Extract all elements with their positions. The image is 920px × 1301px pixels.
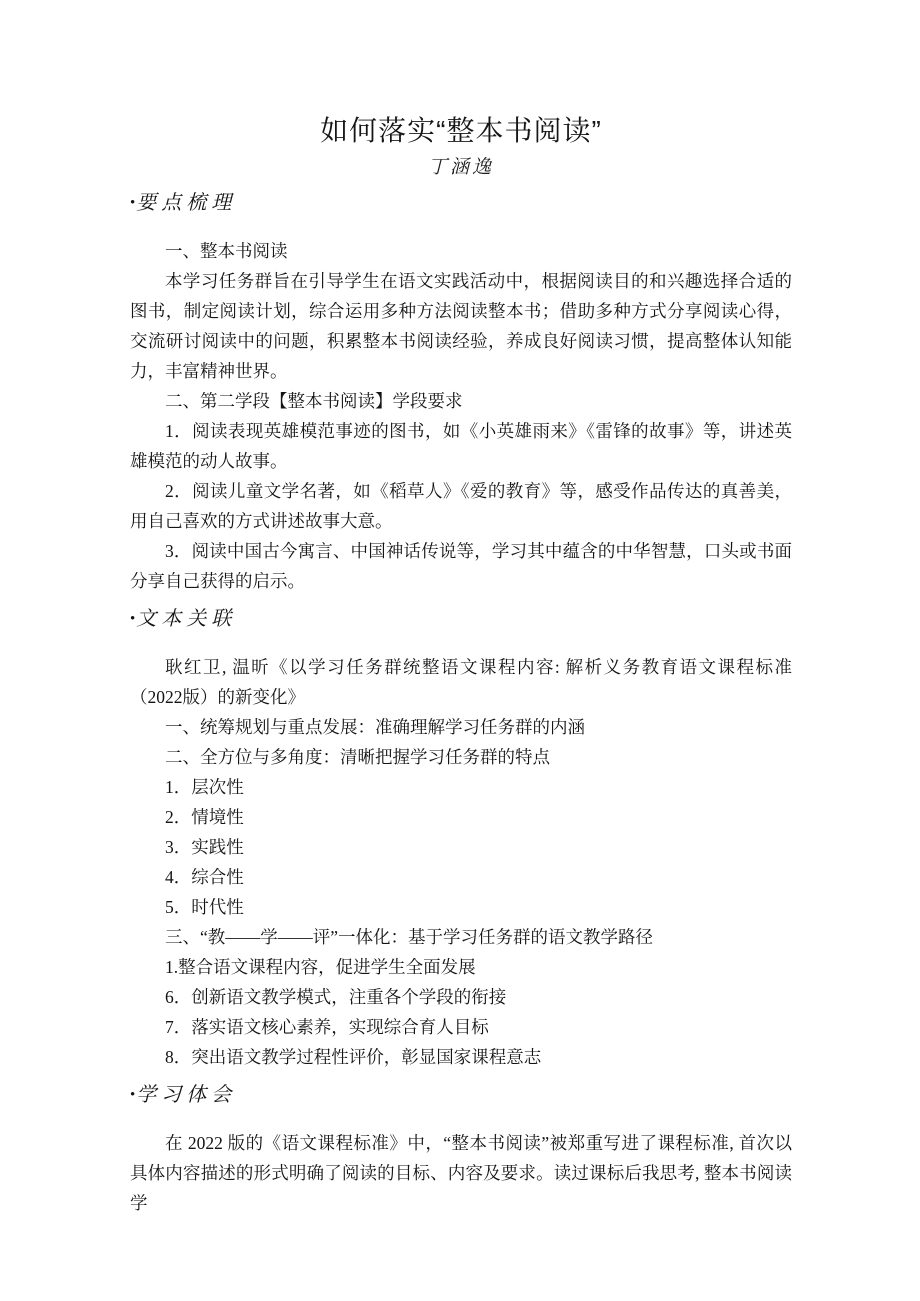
paragraph: 1.整合语文课程内容，促进学生全面发展 (130, 952, 792, 982)
paragraph: 3．实践性 (130, 832, 792, 862)
paragraph: 3．阅读中国古今寓言、中国神话传说等，学习其中蕴含的中华智慧，口头或书面分享自己… (130, 536, 792, 596)
bullet-icon: • (130, 604, 135, 634)
paragraph: 2．阅读儿童文学名著，如《稻草人》《爱的教育》等，感受作品传达的真善美，用自己喜… (130, 476, 792, 536)
section-heading-label: 要点梳理 (136, 188, 236, 218)
section-heading-text-links: • 文本关联 (130, 604, 792, 634)
section-heading-label: 文本关联 (136, 604, 236, 634)
paragraph: 2．情境性 (130, 802, 792, 832)
paragraph: 二、全方位与多角度：清晰把握学习任务群的特点 (130, 742, 792, 772)
paragraph: 本学习任务群旨在引导学生在语文实践活动中，根据阅读目的和兴趣选择合适的图书，制定… (130, 266, 792, 386)
section-heading-learning-reflection: • 学习体会 (130, 1080, 792, 1110)
paragraph: 4．综合性 (130, 862, 792, 892)
section-heading-label: 学习体会 (136, 1080, 236, 1110)
paragraph: 1．层次性 (130, 772, 792, 802)
paragraph: 二、第二学段【整本书阅读】学段要求 (130, 386, 792, 416)
author-name: 丁涵逸 (130, 156, 792, 180)
paragraph: 三、“教——学——评”一体化：基于学习任务群的语文教学路径 (130, 922, 792, 952)
paragraph: 耿红卫, 温昕《以学习任务群统整语文课程内容: 解析义务教育语文课程标准（202… (130, 652, 792, 712)
bullet-icon: • (130, 188, 135, 218)
paragraph: 5．时代性 (130, 892, 792, 922)
document-page: 如何落实“整本书阅读” 丁涵逸 • 要点梳理 一、整本书阅读 本学习任务群旨在引… (0, 0, 920, 1301)
bullet-icon: • (130, 1080, 135, 1110)
paragraph: 6．创新语文教学模式，注重各个学段的衔接 (130, 982, 792, 1012)
page-title: 如何落实“整本书阅读” (130, 114, 792, 148)
section-learning-reflection: • 学习体会 在 2022 版的《语文课程标准》中，“整本书阅读”被郑重写进了课… (130, 1080, 792, 1218)
paragraph: 在 2022 版的《语文课程标准》中，“整本书阅读”被郑重写进了课程标准, 首次… (130, 1128, 792, 1218)
section-key-points: • 要点梳理 一、整本书阅读 本学习任务群旨在引导学生在语文实践活动中，根据阅读… (130, 188, 792, 596)
paragraph: 一、统筹规划与重点发展：准确理解学习任务群的内涵 (130, 712, 792, 742)
section-heading-key-points: • 要点梳理 (130, 188, 792, 218)
paragraph: 7．落实语文核心素养，实现综合育人目标 (130, 1012, 792, 1042)
paragraph: 1．阅读表现英雄模范事迹的图书，如《小英雄雨来》《雷锋的故事》等，讲述英雄模范的… (130, 416, 792, 476)
section-text-links: • 文本关联 耿红卫, 温昕《以学习任务群统整语文课程内容: 解析义务教育语文课… (130, 604, 792, 1072)
paragraph: 一、整本书阅读 (130, 236, 792, 266)
paragraph: 8．突出语文教学过程性评价，彰显国家课程意志 (130, 1042, 792, 1072)
